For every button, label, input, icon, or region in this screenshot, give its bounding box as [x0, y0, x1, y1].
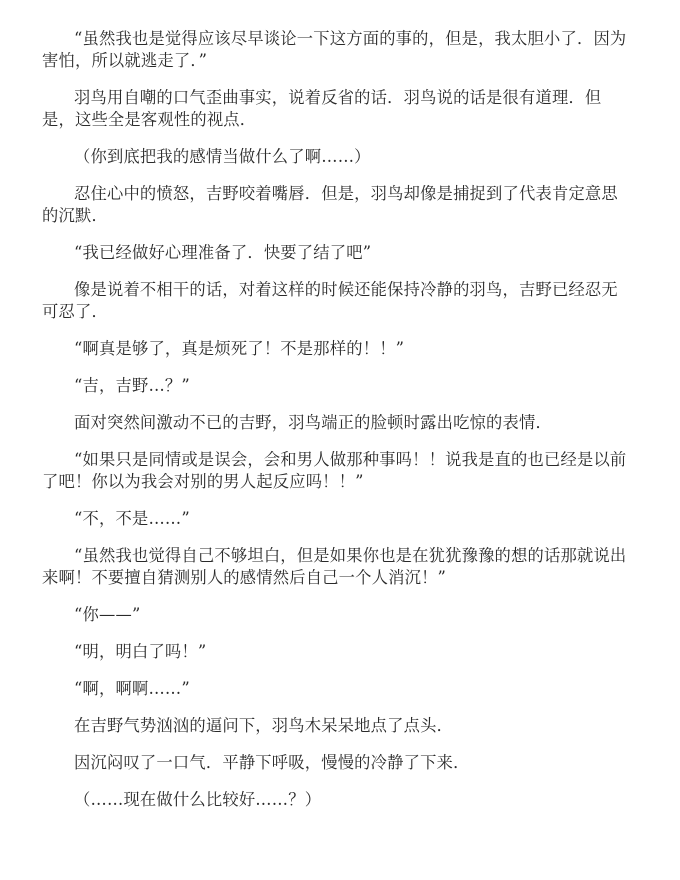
paragraph-11: “不，不是……”	[42, 508, 632, 530]
paragraph-10: “如果只是同情或是误会，会和男人做那种事吗！！说我是直的也已经是以前了吧！你以为…	[42, 449, 632, 493]
paragraph-4: 忍住心中的愤怒，吉野咬着嘴唇．但是，羽鸟却像是捕捉到了代表肯定意思的沉默．	[42, 183, 632, 227]
document-page: “虽然我也是觉得应该尽早谈论一下这方面的事的，但是，我太胆小了．因为害怕，所以就…	[42, 28, 632, 826]
paragraph-5: “我已经做好心理准备了．快要了结了吧”	[42, 242, 632, 264]
paragraph-2: 羽鸟用自嘲的口气歪曲事实，说着反省的话．羽鸟说的话是很有道理．但是，这些全是客观…	[42, 87, 632, 131]
paragraph-9: 面对突然间激动不已的吉野，羽鸟端正的脸顿时露出吃惊的表情．	[42, 412, 632, 434]
paragraph-15: “啊，啊啊……”	[42, 678, 632, 700]
paragraph-18: （……现在做什么比较好……？）	[42, 789, 632, 811]
paragraph-14: “明，明白了吗！”	[42, 641, 632, 663]
paragraph-1: “虽然我也是觉得应该尽早谈论一下这方面的事的，但是，我太胆小了．因为害怕，所以就…	[42, 28, 632, 72]
paragraph-16: 在吉野气势汹汹的逼问下，羽鸟木呆呆地点了点头．	[42, 715, 632, 737]
paragraph-12: “虽然我也觉得自己不够坦白，但是如果你也是在犹犹豫豫的想的话那就说出来啊！不要擅…	[42, 545, 632, 589]
paragraph-3: （你到底把我的感情当做什么了啊……）	[42, 146, 632, 168]
paragraph-17: 因沉闷叹了一口气．平静下呼吸，慢慢的冷静了下来．	[42, 752, 632, 774]
paragraph-6: 像是说着不相干的话，对着这样的时候还能保持冷静的羽鸟，吉野已经忍无可忍了．	[42, 279, 632, 323]
paragraph-8: “吉，吉野…？”	[42, 375, 632, 397]
paragraph-13: “你——”	[42, 604, 632, 626]
paragraph-7: “啊真是够了，真是烦死了！不是那样的！！”	[42, 338, 632, 360]
